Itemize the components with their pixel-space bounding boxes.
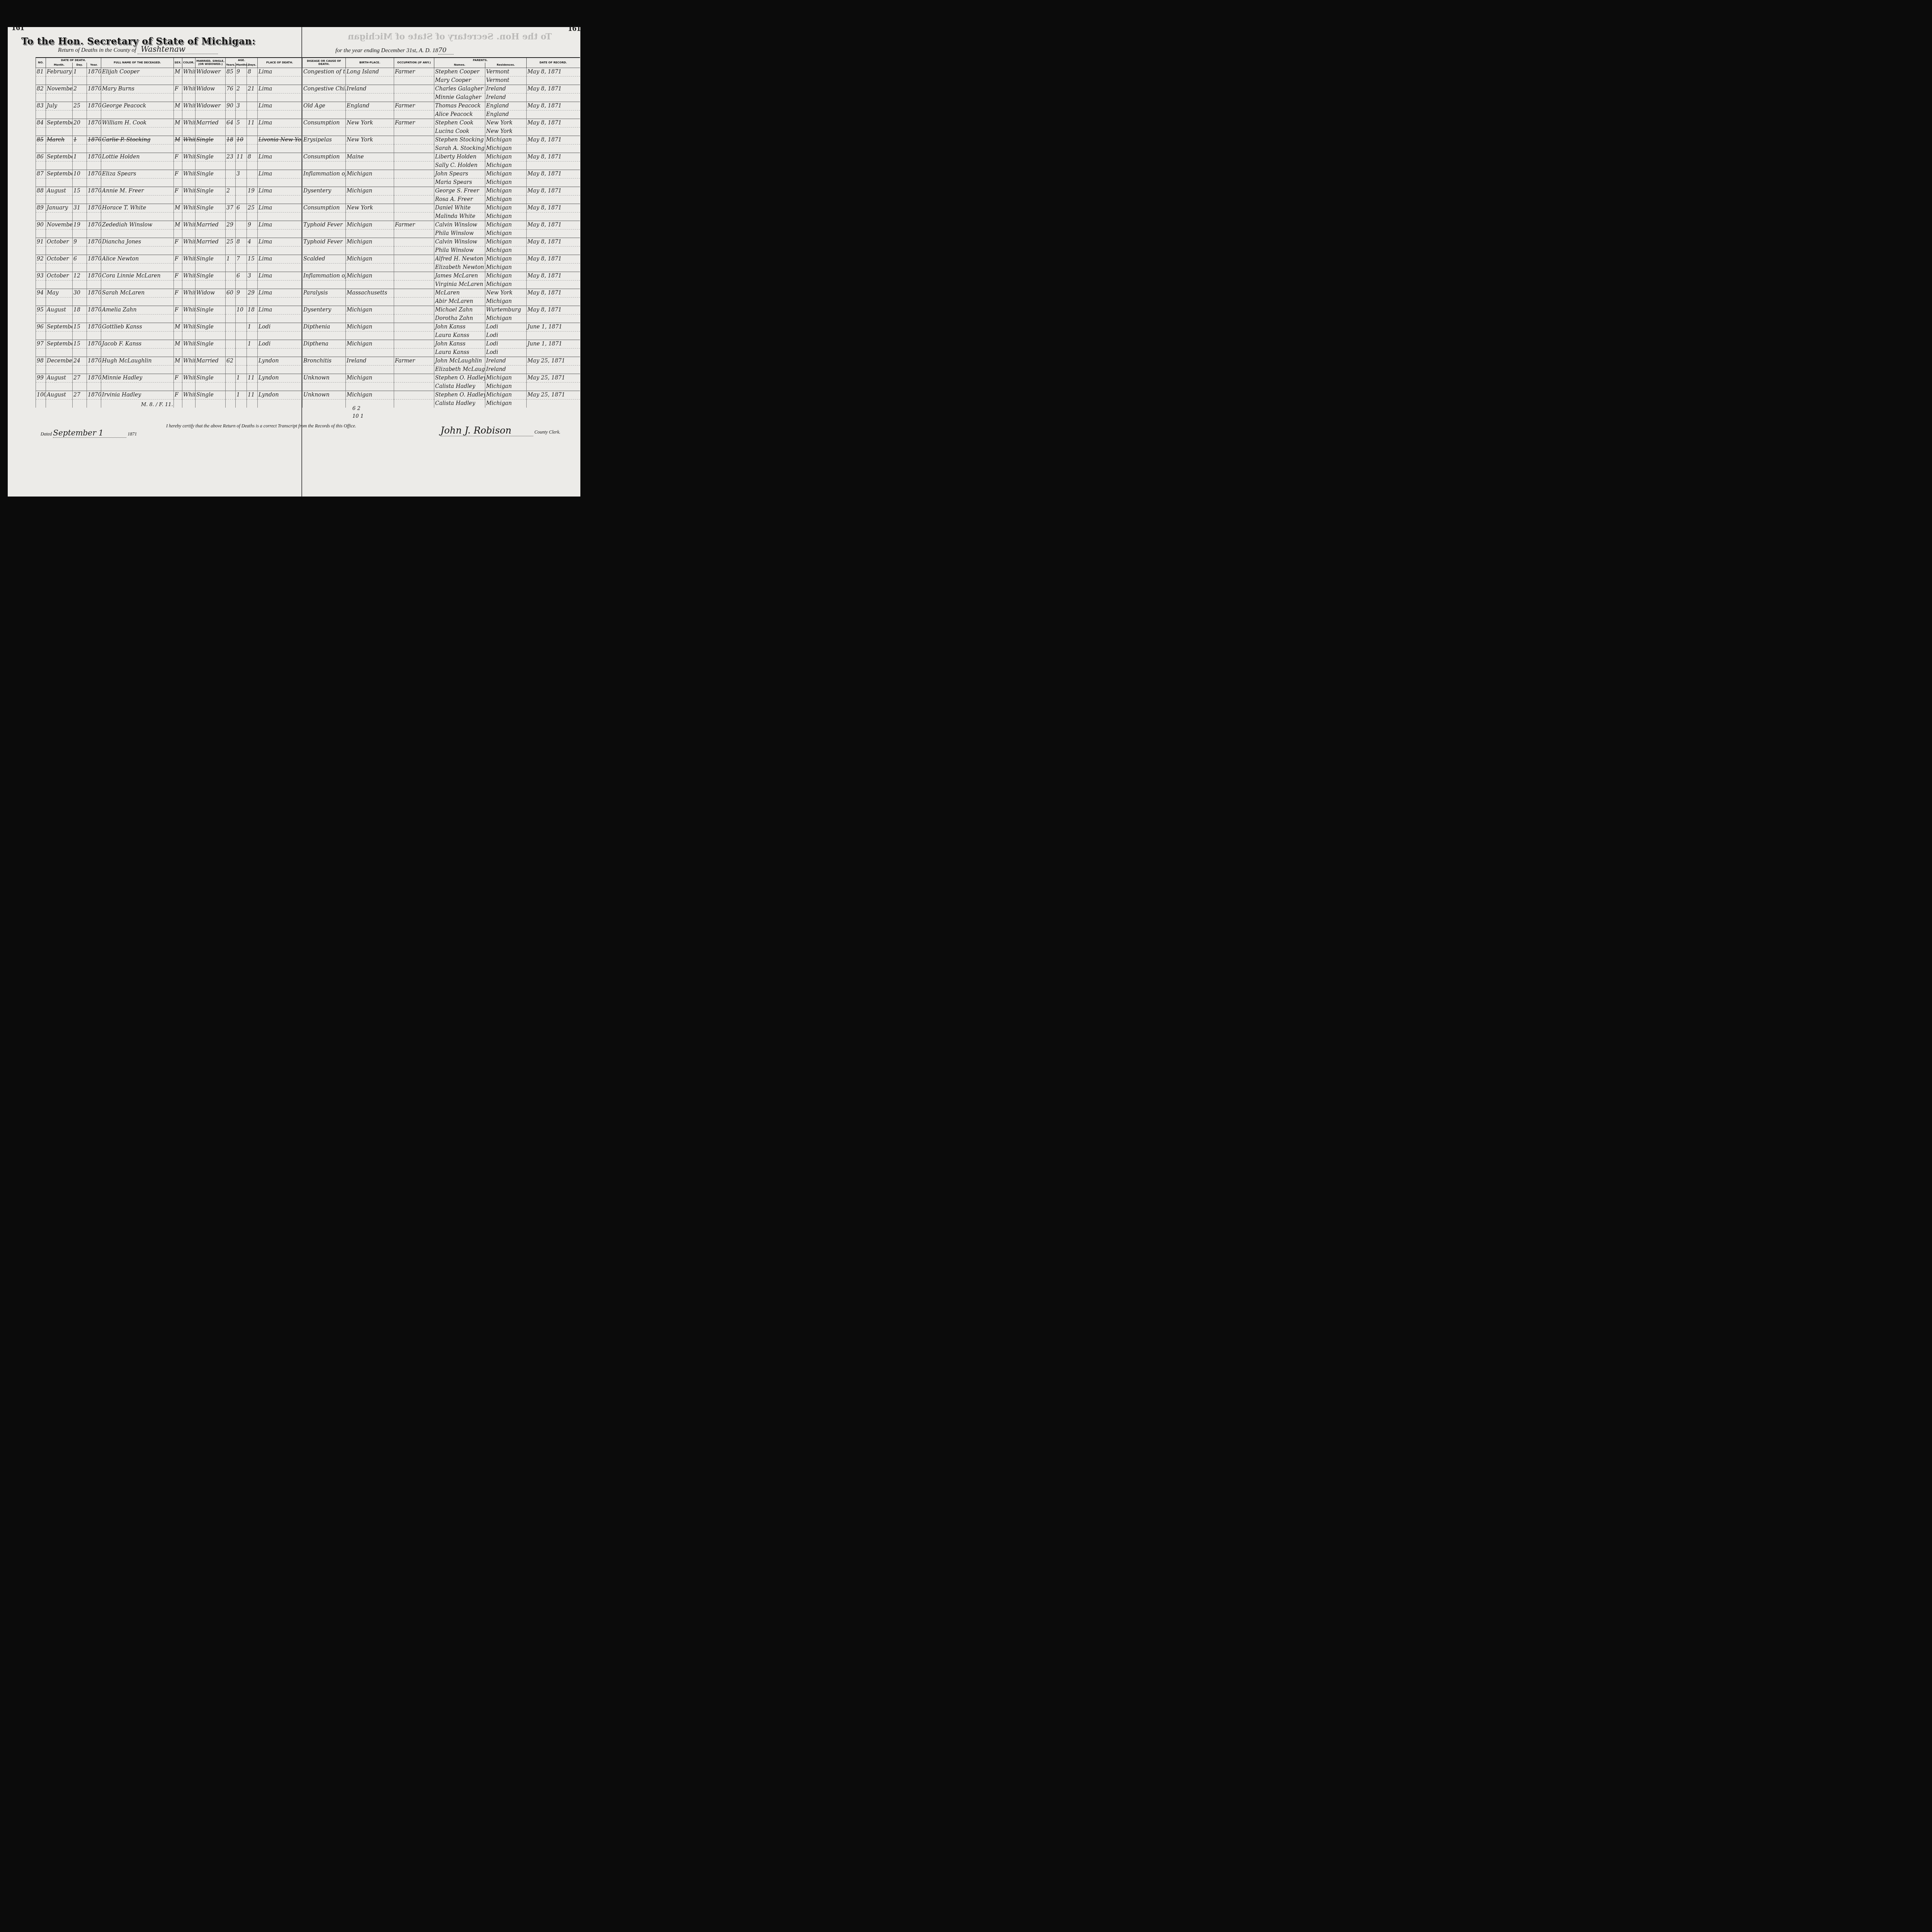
table-row: BronchitisIrelandFarmerJohn McLaughlinIr…: [303, 357, 580, 365]
cell-blank: [36, 195, 46, 204]
cell-name: Diancha Jones: [101, 238, 174, 246]
cell-blank: [174, 212, 182, 221]
cell-month: August: [46, 306, 73, 314]
cell-blank: [36, 161, 46, 170]
cell-month: March: [46, 136, 73, 144]
cell-blank: [36, 76, 46, 85]
cell-blank: [527, 314, 580, 323]
cell-month: October: [46, 255, 73, 263]
cell-year: 1870: [87, 255, 101, 263]
cell-blank: [247, 365, 258, 374]
cell-blank: [101, 195, 174, 204]
cell-blank: [101, 246, 174, 255]
cell-color: White: [182, 374, 196, 382]
cell-color: White: [182, 238, 196, 246]
col-parent-residences: Residences.: [485, 63, 527, 68]
col-age: Age.: [226, 58, 258, 63]
cell-no: 100: [36, 391, 46, 399]
cell-blank: [46, 297, 73, 306]
cell-father: Alfred H. Newton: [434, 255, 485, 263]
cell-father-residence: New York: [485, 289, 527, 297]
table-row-continuation: [36, 93, 302, 102]
cell-days: 11: [247, 374, 258, 382]
cell-place: Lima: [258, 68, 302, 76]
col-marital: Married, Single, (or Widowed.): [196, 58, 226, 68]
cell-blank: [46, 195, 73, 204]
cell-blank: [236, 263, 247, 272]
cell-blank: [174, 144, 182, 153]
cell-blank: [226, 246, 236, 255]
cell-no: 95: [36, 306, 46, 314]
cell-day: 27: [73, 374, 87, 382]
clerk-signature-line: John J. Robison County Clerk.: [440, 425, 560, 436]
cell-day: 27: [73, 391, 87, 399]
cell-blank: [174, 178, 182, 187]
cell-blank: [346, 280, 394, 289]
cell-months: 10: [236, 306, 247, 314]
cell-blank: [226, 127, 236, 136]
cell-days: 8: [247, 68, 258, 76]
cell-marital: Single: [196, 391, 226, 399]
cell-blank: [394, 144, 434, 153]
cell-blank: [36, 399, 46, 408]
cell-no: 96: [36, 323, 46, 331]
cell-blank: [196, 348, 226, 357]
cell-blank: [258, 161, 302, 170]
page-number-right: 161: [568, 23, 581, 33]
cell-months: 9: [236, 289, 247, 297]
cell-days: [247, 102, 258, 110]
cell-days: 11: [247, 119, 258, 127]
cell-blank: [182, 314, 196, 323]
table-row-continuation: [36, 314, 302, 323]
cell-blank: [73, 161, 87, 170]
cell-blank: [36, 127, 46, 136]
cell-blank: [73, 127, 87, 136]
cell-blank: [527, 297, 580, 306]
cell-blank: [196, 178, 226, 187]
cell-name: Lottie Holden: [101, 153, 174, 161]
cell-blank: [73, 229, 87, 238]
cell-blank: [73, 365, 87, 374]
table-row-continuation: [36, 331, 302, 340]
cell-blank: [247, 314, 258, 323]
cell-blank: [394, 331, 434, 340]
cell-blank: [303, 76, 346, 85]
year-ending-line: for the year ending December 31st, A. D.…: [335, 46, 454, 54]
cell-sex: M: [174, 221, 182, 229]
cell-marital: Single: [196, 170, 226, 178]
cell-years: 1: [226, 255, 236, 263]
cell-sex: F: [174, 153, 182, 161]
cell-blank: [46, 212, 73, 221]
cell-mother-residence: Michigan: [485, 229, 527, 238]
bleedthrough-title: To the Hon. Secretary of State of Michig…: [348, 32, 552, 42]
cell-color: White: [182, 255, 196, 263]
cell-marital: Single: [196, 306, 226, 314]
cell-place: Lima: [258, 119, 302, 127]
cell-year: 1870: [87, 391, 101, 399]
cell-mother: Virginia McLaren: [434, 280, 485, 289]
cell-blank: [236, 110, 247, 119]
cell-color: White: [182, 340, 196, 348]
cell-blank: [101, 76, 174, 85]
cell-mother-residence: Michigan: [485, 314, 527, 323]
cell-birthplace: Ireland: [346, 85, 394, 93]
cell-mother-residence: Ireland: [485, 365, 527, 374]
cell-blank: [196, 280, 226, 289]
cell-mother: Maria Spears: [434, 178, 485, 187]
cell-years: [226, 391, 236, 399]
cell-blank: [174, 110, 182, 119]
cell-years: 29: [226, 221, 236, 229]
cell-day: 1: [73, 68, 87, 76]
cell-years: 60: [226, 289, 236, 297]
cell-name: Elijah Cooper: [101, 68, 174, 76]
cell-blank: [73, 348, 87, 357]
cell-color: White: [182, 68, 196, 76]
cell-blank: [527, 229, 580, 238]
cell-occupation: Farmer: [394, 119, 434, 127]
cell-blank: [303, 178, 346, 187]
col-months: Months.: [236, 63, 247, 68]
table-row-continuation: Rosa A. FreerMichigan: [303, 195, 580, 204]
cell-blank: [258, 399, 302, 408]
cell-record-date: June 1, 1871: [527, 340, 580, 348]
cell-mother-residence: Vermont: [485, 76, 527, 85]
cell-years: 23: [226, 153, 236, 161]
cell-sex: M: [174, 357, 182, 365]
cell-blank: [182, 365, 196, 374]
cell-days: 4: [247, 238, 258, 246]
cell-blank: [87, 76, 101, 85]
cell-years: 37: [226, 204, 236, 212]
cell-mother-residence: Michigan: [485, 382, 527, 391]
cell-no: 84: [36, 119, 46, 127]
cell-father: Thomas Peacock: [434, 102, 485, 110]
cell-name: Alice Newton: [101, 255, 174, 263]
cell-blank: [182, 144, 196, 153]
cell-no: 98: [36, 357, 46, 365]
cell-blank: [182, 110, 196, 119]
cell-blank: [247, 110, 258, 119]
cell-marital: Single: [196, 340, 226, 348]
cell-blank: [226, 76, 236, 85]
cell-father: Stephen Cook: [434, 119, 485, 127]
cell-mother-residence: Michigan: [485, 161, 527, 170]
cell-name: Hugh McLaughlin: [101, 357, 174, 365]
cell-blank: [527, 110, 580, 119]
clerk-signature: John J. Robison: [440, 425, 533, 436]
table-row-continuation: Dorotha ZahnMichigan: [303, 314, 580, 323]
cell-blank: [247, 382, 258, 391]
cell-blank: [46, 382, 73, 391]
cell-birthplace: Michigan: [346, 306, 394, 314]
cell-blank: [226, 314, 236, 323]
cell-record-date: May 8, 1871: [527, 85, 580, 93]
cell-blank: [527, 382, 580, 391]
cell-color: White: [182, 170, 196, 178]
cell-cause: Consumption: [303, 119, 346, 127]
cell-no: 81: [36, 68, 46, 76]
cell-blank: [73, 382, 87, 391]
cell-blank: [46, 178, 73, 187]
cell-mother: Elizabeth Newton: [434, 263, 485, 272]
cell-birthplace: Michigan: [346, 255, 394, 263]
cell-mother-residence: Michigan: [485, 399, 527, 408]
cell-blank: [174, 399, 182, 408]
cell-blank: [303, 110, 346, 119]
cell-blank: [236, 212, 247, 221]
cell-blank: [182, 382, 196, 391]
table-row: 86September11870Lottie HoldenFWhiteSingl…: [36, 153, 302, 161]
cell-father-residence: Michigan: [485, 170, 527, 178]
cell-blank: [101, 212, 174, 221]
cell-father-residence: Lodi: [485, 323, 527, 331]
cell-place: Lima: [258, 306, 302, 314]
cell-no: 91: [36, 238, 46, 246]
table-row: ErysipelasNew YorkStephen StockingMichig…: [303, 136, 580, 144]
cell-occupation: [394, 153, 434, 161]
cell-blank: [394, 195, 434, 204]
table-row-continuation: Maria SpearsMichigan: [303, 178, 580, 187]
cell-father-residence: Ireland: [485, 357, 527, 365]
deaths-table-right: Disease or Cause of Death. Birth-Place. …: [302, 57, 580, 408]
table-row: Congestive ChillIrelandCharles GalagherI…: [303, 85, 580, 93]
cell-blank: [527, 161, 580, 170]
cell-blank: [346, 178, 394, 187]
cell-occupation: Farmer: [394, 102, 434, 110]
cell-blank: [101, 110, 174, 119]
cell-blank: [303, 263, 346, 272]
cell-record-date: May 8, 1871: [527, 289, 580, 297]
cell-father: Stephen O. Hadley: [434, 374, 485, 382]
cell-blank: [87, 399, 101, 408]
cell-blank: [258, 93, 302, 102]
cell-color: White: [182, 357, 196, 365]
cell-month: September: [46, 323, 73, 331]
cell-cause: Dysentery: [303, 306, 346, 314]
cell-blank: [73, 399, 87, 408]
cell-birthplace: Michigan: [346, 221, 394, 229]
cell-year: 1870: [87, 136, 101, 144]
cell-years: 64: [226, 119, 236, 127]
cell-blank: [303, 144, 346, 153]
cell-father-residence: Michigan: [485, 136, 527, 144]
cell-blank: [174, 348, 182, 357]
cell-blank: [36, 382, 46, 391]
cell-blank: [303, 93, 346, 102]
table-row: 88August151870Annie M. FreerFWhiteSingle…: [36, 187, 302, 195]
cell-blank: [258, 246, 302, 255]
cell-blank: [196, 229, 226, 238]
birthplace-tally-top: 6 2: [352, 406, 361, 412]
cell-month: January: [46, 204, 73, 212]
cell-blank: [174, 229, 182, 238]
cell-marital: Single: [196, 153, 226, 161]
cell-place: Lima: [258, 255, 302, 263]
cell-cause: Inflammation of the Brain: [303, 272, 346, 280]
table-row-continuation: Alice PeacockEngland: [303, 110, 580, 119]
cell-year: 1870: [87, 238, 101, 246]
cell-days: 25: [247, 204, 258, 212]
table-row-continuation: Calista HadleyMichigan: [303, 399, 580, 408]
cell-blank: [46, 280, 73, 289]
clerk-title: County Clerk.: [534, 429, 560, 435]
table-row: 92October61870Alice NewtonFWhiteSingle17…: [36, 255, 302, 263]
cell-record-date: May 25, 1871: [527, 357, 580, 365]
cell-blank: [258, 178, 302, 187]
cell-blank: [36, 110, 46, 119]
cell-blank: [303, 229, 346, 238]
cell-occupation: [394, 306, 434, 314]
col-no: No.: [36, 58, 46, 68]
cell-blank: [87, 263, 101, 272]
cell-place: Lyndon: [258, 374, 302, 382]
cell-marital: Single: [196, 255, 226, 263]
cell-marital: Single: [196, 323, 226, 331]
table-row: 98December241870Hugh McLaughlinMWhiteMar…: [36, 357, 302, 365]
cell-months: 3: [236, 102, 247, 110]
cell-marital: Single: [196, 136, 226, 144]
cell-year: 1870: [87, 272, 101, 280]
cell-cause: Unknown: [303, 374, 346, 382]
cell-blank: [73, 297, 87, 306]
cell-occupation: [394, 238, 434, 246]
cell-blank: [174, 93, 182, 102]
cell-place: Lima: [258, 170, 302, 178]
cell-birthplace: Michigan: [346, 340, 394, 348]
cell-blank: [527, 365, 580, 374]
cell-name: Eliza Spears: [101, 170, 174, 178]
cell-years: 25: [226, 238, 236, 246]
cell-place: Lima: [258, 289, 302, 297]
cell-blank: [258, 76, 302, 85]
cell-blank: [46, 127, 73, 136]
cell-blank: [174, 280, 182, 289]
cell-no: 94: [36, 289, 46, 297]
cell-blank: [36, 331, 46, 340]
cell-days: [247, 170, 258, 178]
cell-days: 8: [247, 153, 258, 161]
col-date-of-death: Date of Death.: [46, 58, 101, 63]
cell-occupation: Farmer: [394, 357, 434, 365]
cell-months: 5: [236, 119, 247, 127]
cell-months: 6: [236, 204, 247, 212]
cell-blank: [73, 195, 87, 204]
table-row-continuation: Minnie GalagherIreland: [303, 93, 580, 102]
cell-color: White: [182, 85, 196, 93]
cell-blank: [226, 297, 236, 306]
cell-months: 8: [236, 238, 247, 246]
cell-months: [236, 357, 247, 365]
cell-blank: [226, 93, 236, 102]
cell-blank: [46, 399, 73, 408]
cell-blank: [346, 127, 394, 136]
cell-father-residence: Michigan: [485, 204, 527, 212]
cell-months: 7: [236, 255, 247, 263]
cell-blank: [73, 263, 87, 272]
year-field: 70: [438, 46, 454, 54]
cell-blank: [87, 365, 101, 374]
cell-blank: [196, 195, 226, 204]
col-cause: Disease or Cause of Death.: [303, 58, 346, 68]
cell-blank: [258, 382, 302, 391]
cell-blank: [236, 382, 247, 391]
cell-days: [247, 136, 258, 144]
cell-blank: [101, 93, 174, 102]
cell-blank: [247, 229, 258, 238]
cell-mother-residence: New York: [485, 127, 527, 136]
cell-blank: [247, 280, 258, 289]
cell-place: Lima: [258, 272, 302, 280]
table-row: 91October91870Diancha JonesFWhiteMarried…: [36, 238, 302, 246]
cell-place: Lima: [258, 204, 302, 212]
cell-blank: [346, 314, 394, 323]
cell-year: 1870: [87, 357, 101, 365]
cell-father-residence: Vermont: [485, 68, 527, 76]
cell-blank: [527, 144, 580, 153]
cell-blank: [527, 331, 580, 340]
cell-blank: [236, 365, 247, 374]
cell-blank: [346, 348, 394, 357]
cell-years: [226, 340, 236, 348]
cell-record-date: May 8, 1871: [527, 187, 580, 195]
cell-blank: [303, 399, 346, 408]
cell-blank: [303, 348, 346, 357]
cell-name: Jacob F. Kanss: [101, 340, 174, 348]
cell-mother: Sally C. Holden: [434, 161, 485, 170]
cell-blank: [236, 161, 247, 170]
cell-blank: [527, 195, 580, 204]
cell-blank: [46, 348, 73, 357]
cell-blank: [258, 229, 302, 238]
cell-month: August: [46, 187, 73, 195]
cell-father: John Kanss: [434, 340, 485, 348]
cell-no: 88: [36, 187, 46, 195]
cell-days: 3: [247, 272, 258, 280]
cell-color: White: [182, 221, 196, 229]
cell-blank: [226, 348, 236, 357]
cell-blank: [527, 76, 580, 85]
cell-blank: [46, 263, 73, 272]
cell-place: Lyndon: [258, 391, 302, 399]
cell-blank: [226, 382, 236, 391]
cell-days: 1: [247, 323, 258, 331]
cell-months: [236, 221, 247, 229]
cell-sex: M: [174, 136, 182, 144]
cell-blank: [258, 212, 302, 221]
cell-place: Lima: [258, 85, 302, 93]
cell-birthplace: Massachusetts: [346, 289, 394, 297]
cell-mother-residence: Michigan: [485, 144, 527, 153]
cell-color: White: [182, 306, 196, 314]
table-row: DiptheniaMichiganJohn KanssLodiJune 1, 1…: [303, 323, 580, 331]
cell-year: 1870: [87, 340, 101, 348]
cell-blank: [101, 382, 174, 391]
table-row: Inflammation of the BrainMichiganJames M…: [303, 272, 580, 280]
cell-record-date: May 8, 1871: [527, 238, 580, 246]
cell-month: August: [46, 391, 73, 399]
cell-cause: Consumption: [303, 204, 346, 212]
table-row-continuation: [36, 348, 302, 357]
cell-blank: [258, 331, 302, 340]
table-row-continuation: Malinda WhiteMichigan: [303, 212, 580, 221]
cell-day: 1: [73, 136, 87, 144]
cell-blank: [182, 93, 196, 102]
cell-birthplace: New York: [346, 136, 394, 144]
col-day: Day.: [73, 63, 87, 68]
